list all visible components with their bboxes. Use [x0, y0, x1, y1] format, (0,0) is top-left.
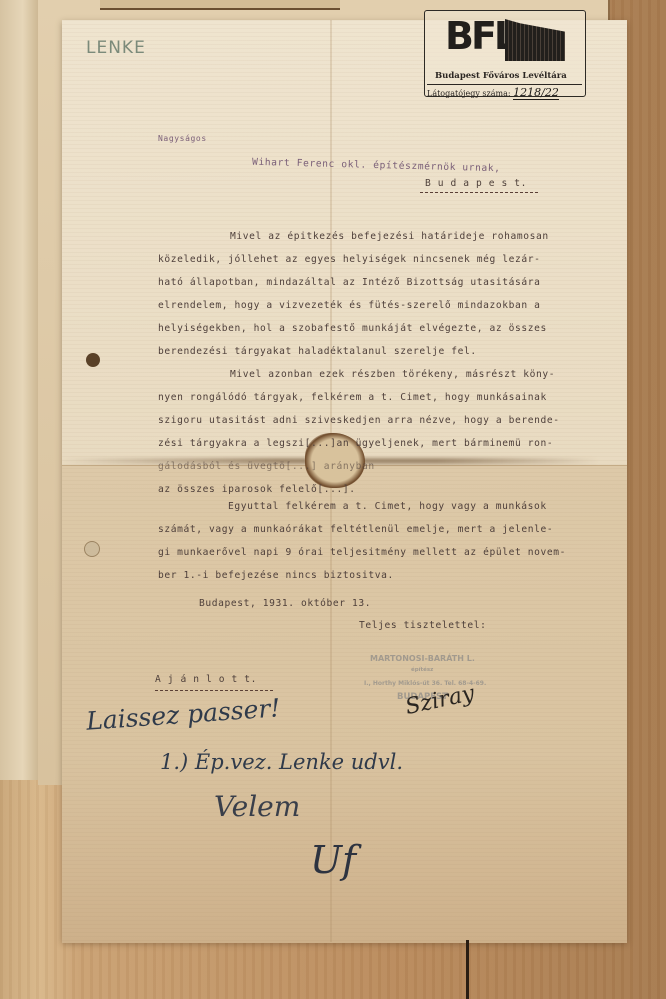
body-line: nyen rongálódó tárgyak, felkérem a t. Ci…: [158, 392, 547, 403]
closing: Teljes tisztelettel:: [359, 620, 487, 631]
registered-label: A j á n l o t t.: [155, 674, 257, 685]
body-line: Mivel az épitkezés befejezési határideje…: [230, 231, 549, 242]
body-line: Mivel azonban ezek részben törékeny, más…: [230, 369, 555, 380]
body-line: az összes iparosok felelő[...].: [158, 484, 356, 495]
body-line: közeledik, jóllehet az egyes helyiségek …: [158, 254, 541, 265]
body-line: Egyuttal felkérem a t. Cimet, hogy vagy …: [228, 501, 547, 512]
punch-hole-icon: [84, 541, 100, 557]
body-line: elrendelem, hogy a vizvezeték és fütés-s…: [158, 300, 541, 311]
punch-hole-icon: [86, 353, 100, 367]
ticket-number: 1218/22: [513, 86, 559, 100]
bfl-logo: BFL: [445, 14, 515, 58]
archive-name: Budapest Főváros Levéltára: [435, 71, 567, 81]
folder-edge: [0, 0, 39, 780]
body-line: helyiségekben, hol a szobafestő munkáját…: [158, 323, 547, 334]
body-line: számát, vagy a munkaórákat feltétlenül e…: [158, 524, 553, 535]
body-line: szigoru utasitást adni sziveskedjen arra…: [158, 415, 560, 426]
handwritten-initials: Uf: [310, 838, 356, 882]
salutation: Nagyságos: [158, 134, 207, 143]
recipient-city: B u d a p e s t.: [425, 178, 527, 189]
archive-stamp: BFL Budapest Főváros Levéltára Látogatój…: [424, 10, 586, 97]
bfl-building-icon: [505, 19, 565, 61]
handwritten-note: Velem: [214, 790, 300, 823]
handwritten-note: 1.) Ép.vez. Lenke udvl.: [160, 750, 403, 774]
desk-seam: [466, 940, 469, 999]
body-line: zési tárgyakra a legszi[...]an ügyeljene…: [158, 438, 553, 449]
body-line: gálodásból és üvegtö[...] arányban: [158, 461, 375, 472]
visitor-ticket: Látogatójegy száma: 1218/22: [427, 84, 582, 99]
registered-underline: [155, 690, 273, 691]
date-line: Budapest, 1931. október 13.: [199, 598, 371, 609]
body-line: gi munkaerővel napi 9 órai teljesitmény …: [158, 547, 566, 558]
ticket-label: Látogatójegy száma:: [427, 89, 511, 98]
stamp-company-role: építész: [411, 667, 433, 673]
body-line: ber 1.-i befejezése nincs biztositva.: [158, 570, 394, 581]
body-line: berendezési tárgyakat haladéktalanul sze…: [158, 346, 477, 357]
top-card-edge: [100, 0, 340, 10]
city-underline: [420, 192, 538, 193]
body-line: ható állapotban, mindazáltal az Intéző B…: [158, 277, 541, 288]
stamp-company-name: MARTONOSI-BARÁTH L.: [370, 654, 475, 663]
lenke-stamp: LENKE: [86, 38, 146, 58]
